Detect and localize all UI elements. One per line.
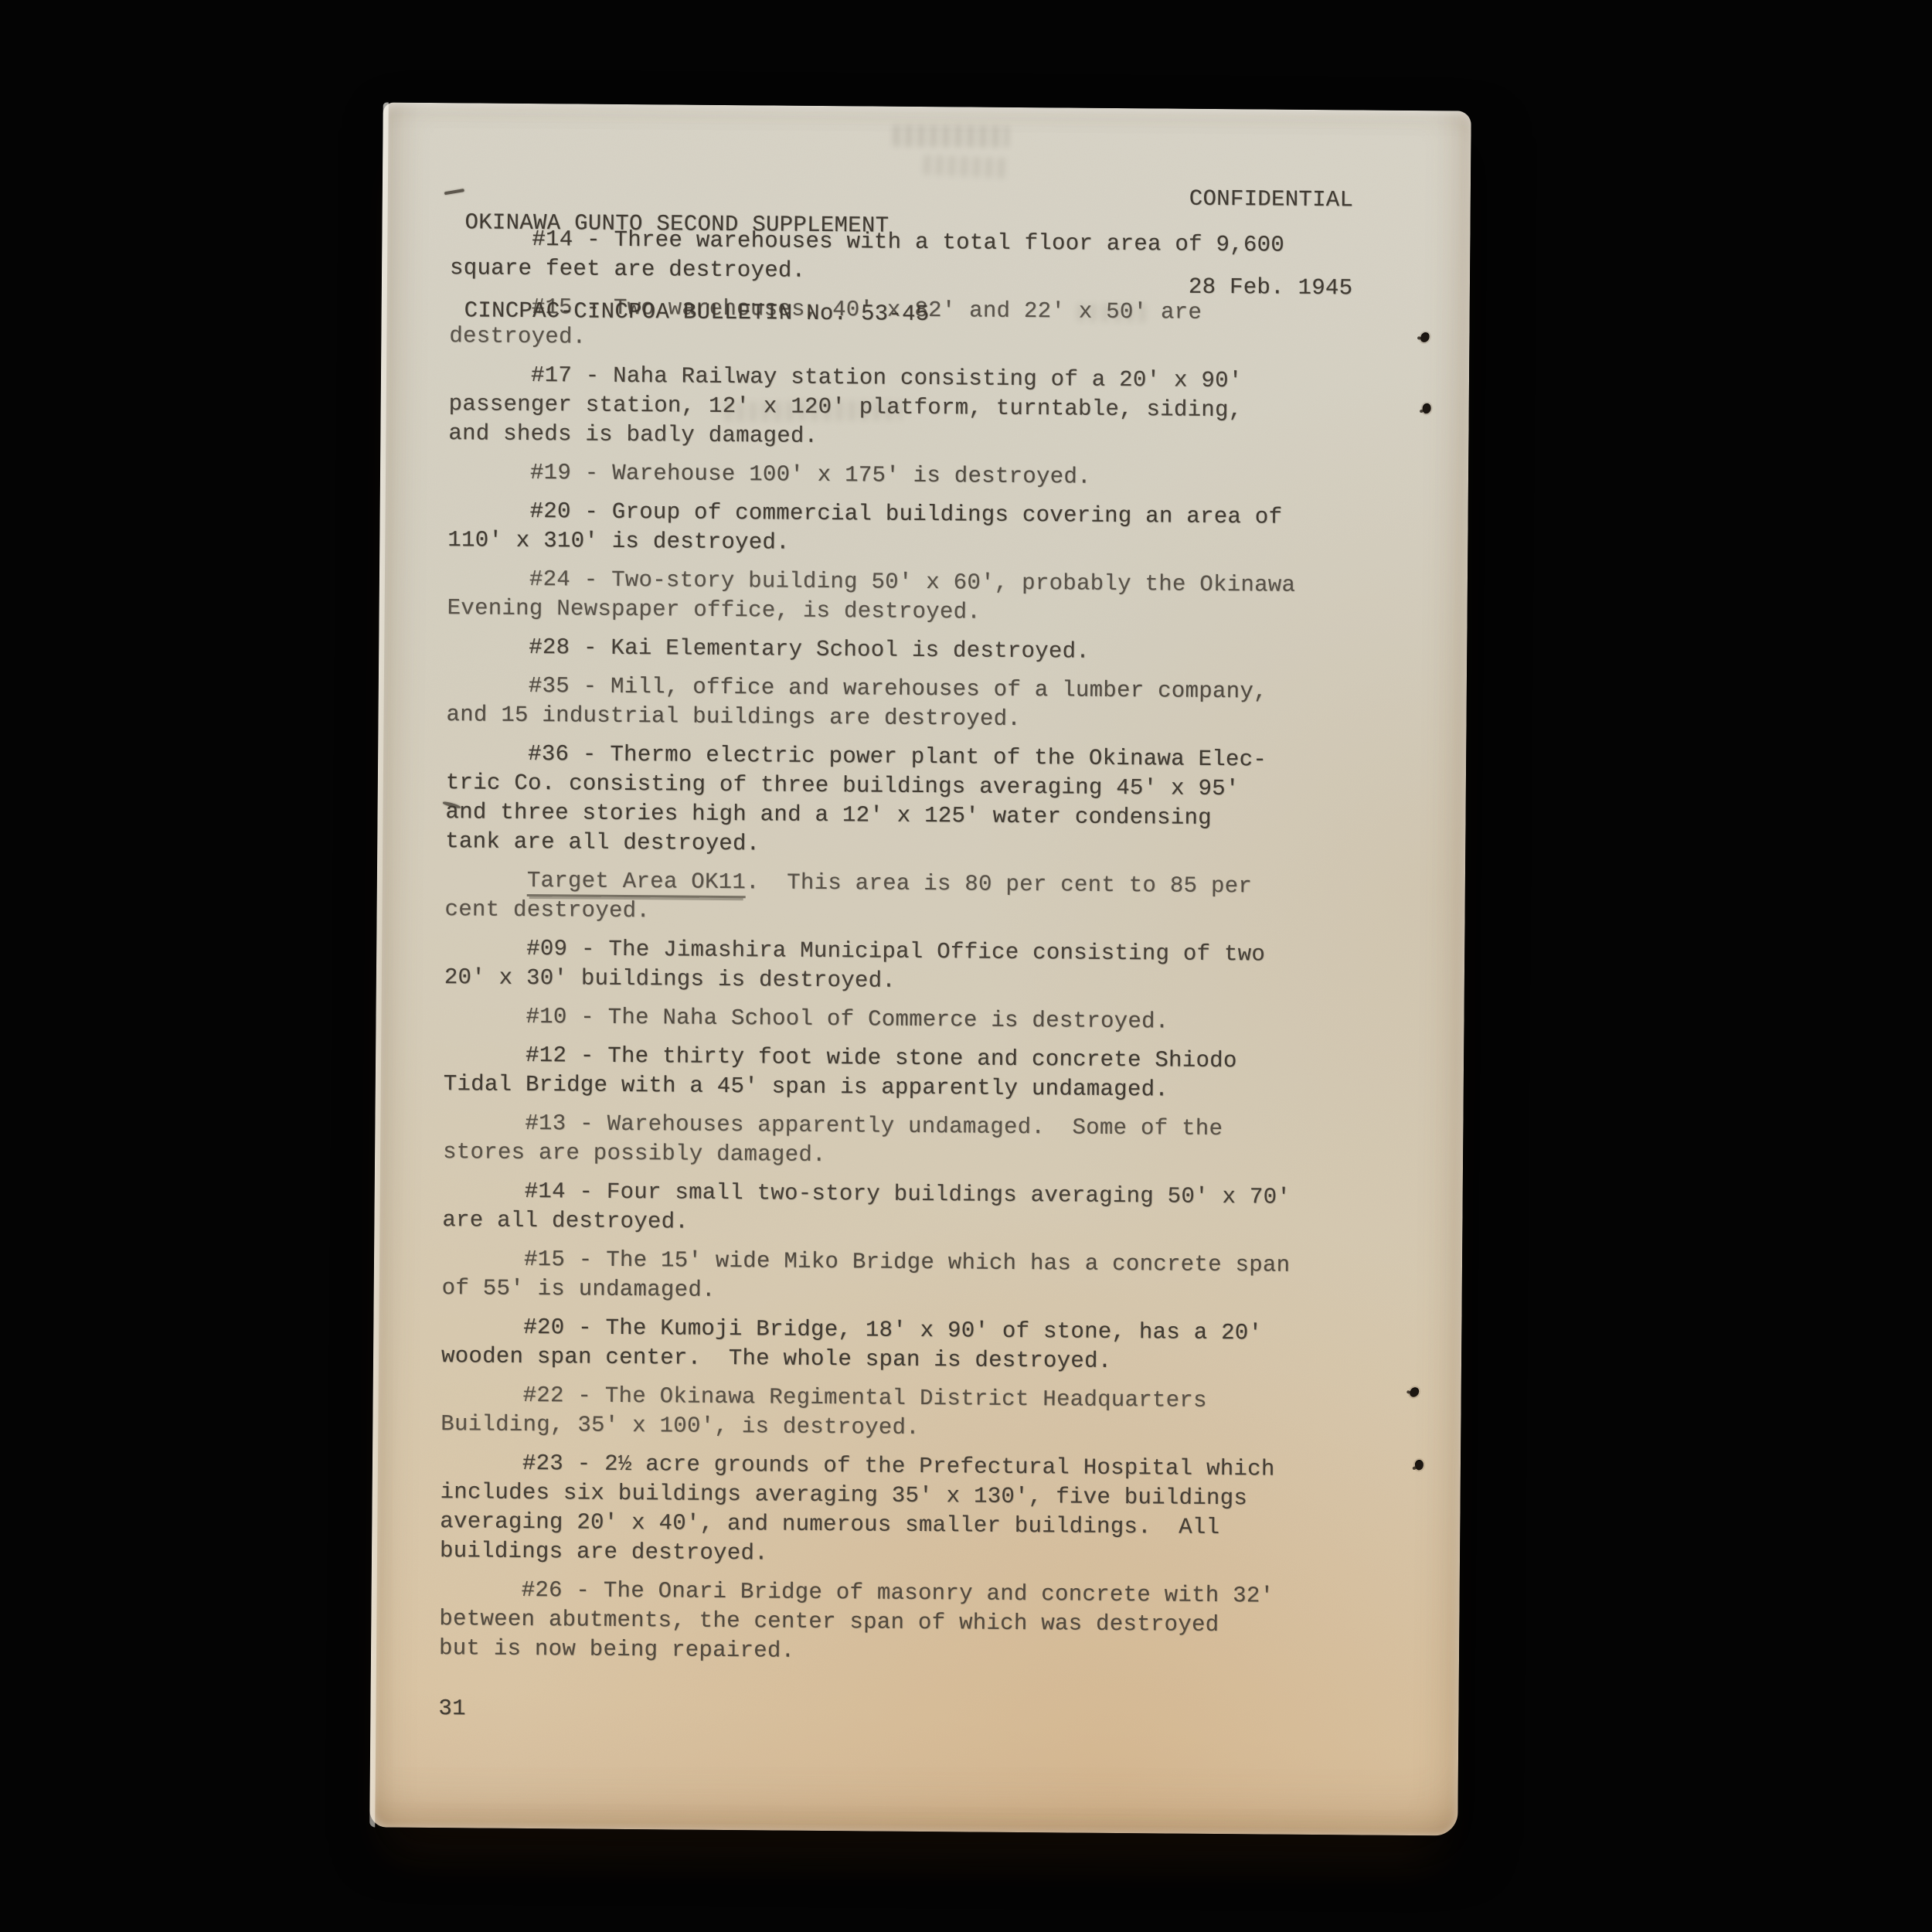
paragraph: #15 - The 15' wide Miko Bridge which has… — [442, 1244, 1355, 1310]
paragraph: #19 - Warehouse 100' x 175' is destroyed… — [448, 457, 1360, 494]
binding-hole — [1409, 1386, 1420, 1399]
paragraph: Target Area OK11. This area is 80 per ce… — [444, 866, 1357, 931]
paragraph: #20 - The Kumoji Bridge, 18' x 90' of st… — [441, 1312, 1354, 1378]
paragraph: #15 - Two warehouses, 40' x 82' and 22' … — [449, 292, 1362, 358]
paragraph: #14 - Four small two-story buildings ave… — [442, 1176, 1355, 1242]
classification-label: CONFIDENTIAL — [1189, 185, 1354, 216]
paragraph: #17 - Naha Railway station consisting of… — [448, 360, 1361, 455]
paragraph: #23 - 2½ acre grounds of the Prefectural… — [440, 1448, 1352, 1573]
paragraph: #28 - Kai Elementary School is destroyed… — [447, 632, 1359, 668]
paragraph-line: #19 - Warehouse 100' x 175' is destroyed… — [448, 457, 1360, 494]
paragraph: #24 - Two-story building 50' x 60', prob… — [447, 564, 1359, 630]
paragraph: #26 - The Onari Bridge of masonry and co… — [439, 1575, 1352, 1670]
paragraph: #10 - The Naha School of Commerce is des… — [444, 1002, 1355, 1038]
paragraph: #20 - Group of commercial buildings cove… — [447, 496, 1360, 562]
binding-hole — [1414, 1459, 1425, 1471]
photo-background: OKINAWA GUNTO SECOND SUPPLEMENT CINCPAC-… — [0, 0, 1932, 1932]
paragraph: #14 - Three warehouses with a total floo… — [450, 224, 1362, 290]
paragraph: #22 - The Okinawa Regimental District He… — [440, 1380, 1353, 1446]
paragraph: #09 - The Jimashira Municipal Office con… — [444, 934, 1357, 999]
paragraph: #12 - The thirty foot wide stone and con… — [444, 1040, 1356, 1106]
paragraph-line: #10 - The Naha School of Commerce is des… — [444, 1002, 1355, 1038]
paragraph-line: Building, 35' x 100', is destroyed. — [440, 1410, 1352, 1446]
document-body: #14 - Three warehouses with a total floo… — [438, 224, 1362, 1730]
paragraph: #35 - Mill, office and warehouses of a l… — [446, 671, 1359, 736]
pen-dash-mark — [444, 189, 464, 195]
paragraph-line: #28 - Kai Elementary School is destroyed… — [447, 632, 1359, 668]
underlined-heading: Target Area OK11 — [527, 868, 747, 898]
paragraph: #36 - Thermo electric power plant of the… — [445, 739, 1358, 863]
document-page: OKINAWA GUNTO SECOND SUPPLEMENT CINCPAC-… — [369, 103, 1471, 1836]
paragraph-line: destroyed. — [449, 321, 1361, 358]
binding-hole — [1422, 403, 1432, 413]
binding-hole — [1420, 332, 1430, 343]
paragraph-line: tank are all destroyed. — [445, 827, 1357, 863]
page-number: 31 — [438, 1694, 1350, 1730]
paragraph: #13 - Warehouses apparently undamaged. S… — [443, 1108, 1355, 1174]
